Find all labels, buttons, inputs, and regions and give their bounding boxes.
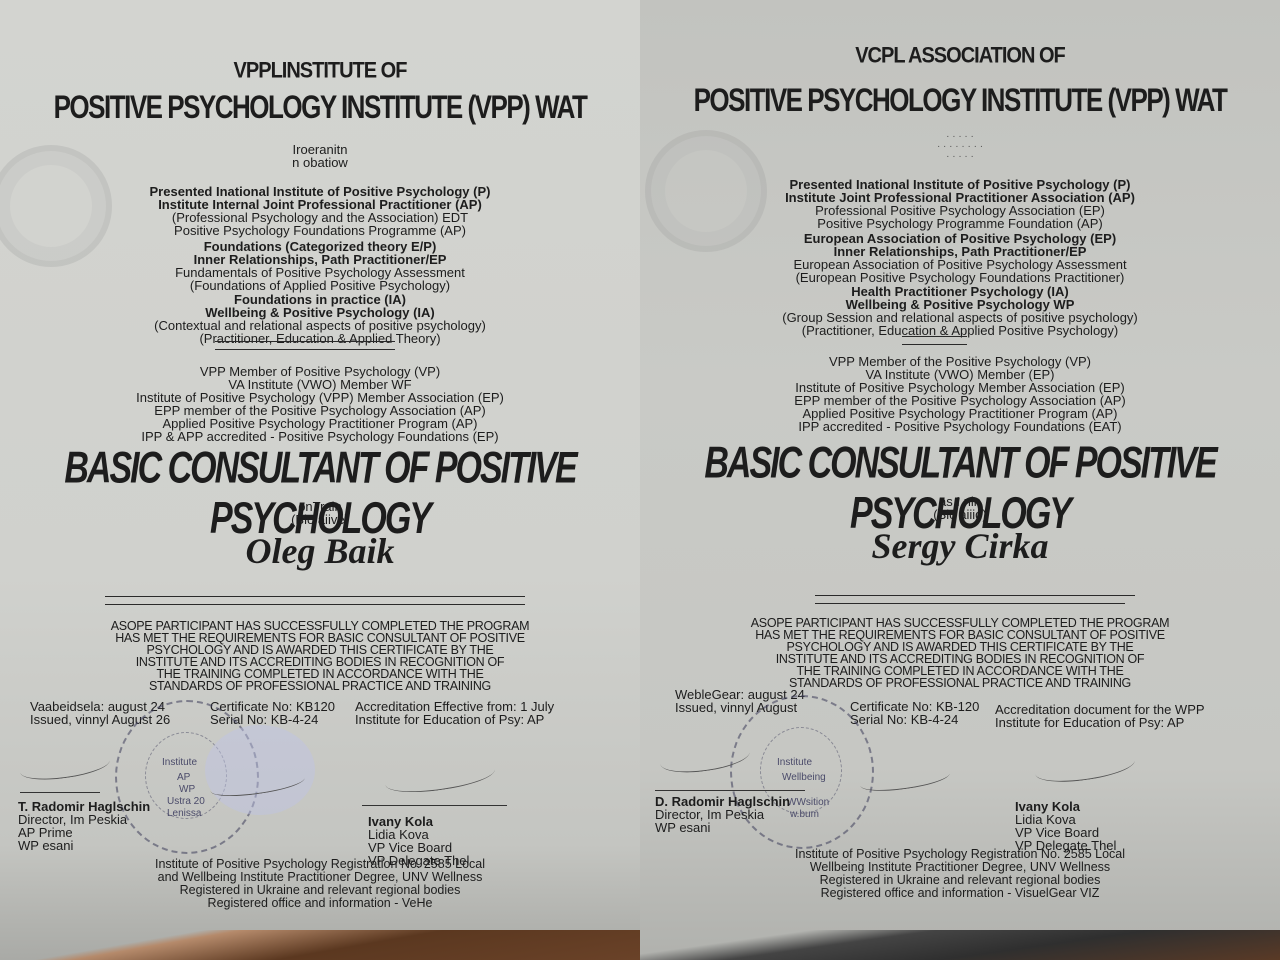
award-subtitle-line: (Bic aiiid) (640, 508, 1280, 521)
footer-line: Registered office and information - Visu… (640, 887, 1280, 900)
footer-registration: Institute of Positive Psychology Registr… (0, 858, 640, 910)
table-surface (640, 930, 1280, 960)
certificate-page-right: VCPL ASSOCIATION OF POSITIVE PSYCHOLOGY … (640, 0, 1280, 960)
signature-line (655, 790, 805, 791)
statement-line: STANDARDS OF PROFESSIONAL PRACTICE AND T… (0, 680, 640, 692)
stamp-text: WWsition (787, 797, 829, 808)
section-line: Positive Psychology Foundations Programm… (0, 224, 640, 237)
accreditation-section-4: VPP Member of the Positive Psychology (V… (640, 355, 1280, 433)
accreditation-info: Accreditation Effective from: 1 July Ins… (355, 700, 554, 726)
name-underline (815, 603, 1125, 604)
institution-name-line2: POSITIVE PSYCHOLOGY INSTITUTE (VPP) WAT (640, 81, 1280, 120)
stamp-text: AP (177, 772, 190, 783)
certificate-number: Certificate No: KB-120 Serial No: KB-4-2… (850, 700, 979, 726)
accreditation-section-3: Foundations in practice (IA) Wellbeing &… (0, 293, 640, 345)
accreditation-line: Institute for Education of Psy: AP (995, 716, 1205, 729)
table-surface (0, 930, 640, 960)
award-statement: ASOPE PARTICIPANT HAS SUCCESSFULLY COMPL… (0, 620, 640, 692)
name-underline (105, 604, 525, 605)
section-line: IPP accredited - Positive Psychology Fou… (640, 420, 1280, 433)
institution-name-line1: VCPL ASSOCIATION OF (640, 44, 1280, 69)
footer-line: Registered office and information - VeHe (0, 897, 640, 910)
subtitle: · · · · · · · · · · · · · · · · · · (640, 132, 1280, 162)
divider (902, 336, 967, 337)
subtitle-line: · · · · · (640, 152, 1280, 162)
signature-scribble-icon (384, 757, 496, 797)
institution-name-line2: POSITIVE PSYCHOLOGY INSTITUTE (VPP) WAT (0, 88, 640, 127)
signature-scribble-icon (19, 749, 111, 784)
signer-1: T. Radomir Haglschin Director, Im Peskia… (18, 800, 150, 852)
subtitle-line: n obatiow (0, 156, 640, 169)
signer-role: WP esani (18, 839, 150, 852)
stamp-text: Institute (162, 757, 197, 768)
signer-2: Ivany Kola Lidia Kova VP Vice Board VP D… (1015, 800, 1116, 852)
section-line: Positive Psychology Programme Foundation… (640, 217, 1280, 230)
accreditation-section-2: Foundations (Categorized theory E/P) Inn… (0, 240, 640, 292)
blue-stamp-icon (205, 725, 315, 815)
divider (215, 349, 395, 350)
stamp-text: w.bum (790, 809, 819, 820)
certificate-page-left: VPPLINSTITUTE OF POSITIVE PSYCHOLOGY INS… (0, 0, 640, 960)
accreditation-section-3: Health Practitioner Psychology (IA) Well… (640, 285, 1280, 337)
certificate-number-value: Serial No: KB-4-24 (850, 713, 979, 726)
accreditation-section-4: VPP Member of Positive Psychology (VP) V… (0, 365, 640, 443)
name-underline (105, 596, 525, 597)
signature-scribble-icon (1034, 748, 1137, 787)
accreditation-section-2: European Association of Positive Psychol… (640, 232, 1280, 284)
divider (902, 344, 967, 345)
award-subtitle: as I nin (Bic aiiid) (640, 495, 1280, 521)
stamp-text: Wellbeing (782, 772, 826, 783)
recipient-name: Oleg Baik (0, 530, 640, 572)
footer-registration: Institute of Positive Psychology Registr… (640, 848, 1280, 900)
stamp-text: Institute (777, 757, 812, 768)
section-line: (Foundations of Applied Positive Psychol… (0, 279, 640, 292)
subtitle: Iroeranitn n obatiow (0, 143, 640, 169)
accreditation-section-1: Presented Inational Institute of Positiv… (0, 185, 640, 237)
institution-name-line1: VPPLINSTITUTE OF (0, 59, 640, 84)
award-subtitle-line: (Bio aiive) (0, 513, 640, 526)
signature-line (362, 805, 507, 806)
accreditation-line: Institute for Education of Psy: AP (355, 713, 554, 726)
section-line: (Practitioner, Education & Applied Theor… (0, 332, 640, 345)
stamp-text: WP (179, 784, 195, 795)
stamp-text: Ustra 20 (167, 796, 205, 807)
section-line: IPP & APP accredited - Positive Psycholo… (0, 430, 640, 443)
award-subtitle: onTrain (Bio aiive) (0, 500, 640, 526)
signer-1: D. Radomir Haglschin Director, Im Peskia… (655, 795, 790, 834)
name-underline (815, 595, 1135, 596)
signer-role: WP esani (655, 821, 790, 834)
accreditation-info: Accreditation document for the WPP Insti… (995, 703, 1205, 729)
accreditation-section-1: Presented Inational Institute of Positiv… (640, 178, 1280, 230)
recipient-name: Sergy Cirka (640, 525, 1280, 567)
stamp-text: Lenissa (167, 808, 201, 819)
award-statement: ASOPE PARTICIPANT HAS SUCCESSFULLY COMPL… (640, 617, 1280, 689)
divider (215, 341, 395, 342)
signature-line (20, 792, 100, 793)
section-line: (European Positive Psychology Foundation… (640, 271, 1280, 284)
